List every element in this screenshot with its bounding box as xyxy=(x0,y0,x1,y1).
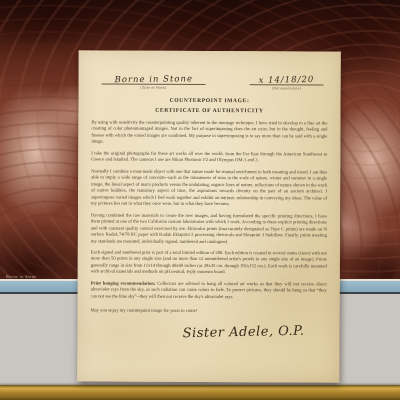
paragraph-photograph-origins: I take the original photographs for thes… xyxy=(91,150,327,164)
title-of-work-field: Borne in Stone (Title of Work) xyxy=(102,75,206,90)
title-of-work-label: (Title of Work) xyxy=(140,86,166,90)
artist-signature: Sister Adele, O.P. xyxy=(90,324,304,344)
handwritten-fields-row: Borne in Stone (Title of Work) x 14/18/2… xyxy=(102,75,324,91)
certificate-body: By using with sensitivity the counterpoi… xyxy=(91,119,328,313)
paragraph-hanging-recommendation: Print hanging recommendation: Collectors… xyxy=(91,280,327,300)
documentation-field: x 14/18/20 (Documentation) xyxy=(250,75,324,90)
title-of-work-value: Borne in Stone xyxy=(114,74,193,85)
paragraph-combining-concepts: Normally I combine a man-made object wit… xyxy=(91,168,327,208)
counterpoint-image-heading: COUNTERPOINT IMAGE: xyxy=(91,97,327,104)
documentation-value: x 14/18/20 xyxy=(259,75,315,86)
documentation-label: (Documentation) xyxy=(272,86,301,90)
certificate-content: Borne in Stone (Title of Work) x 14/18/2… xyxy=(77,50,340,341)
paragraph-limited-edition: Each signed and numbered print is part o… xyxy=(91,249,327,276)
paragraph-printing-process: Having combined the raw materials to cre… xyxy=(91,212,327,245)
certificate-paper: Borne in Stone (Title of Work) x 14/18/2… xyxy=(77,50,340,382)
closing-line: May you enjoy my counterpoint image for … xyxy=(91,308,327,314)
framed-artwork-photo: Borne in Stone Adele, O.P. #176 Borne in… xyxy=(0,0,400,400)
certificate-of-authenticity-heading: CERTIFICATE OF AUTHENTICITY xyxy=(91,107,327,114)
paragraph-montage-technique: By using with sensitivity the counterpoi… xyxy=(91,119,327,146)
hanging-recommendation-lead: Print hanging recommendation: xyxy=(91,280,156,285)
gold-frame-bar xyxy=(0,385,400,400)
